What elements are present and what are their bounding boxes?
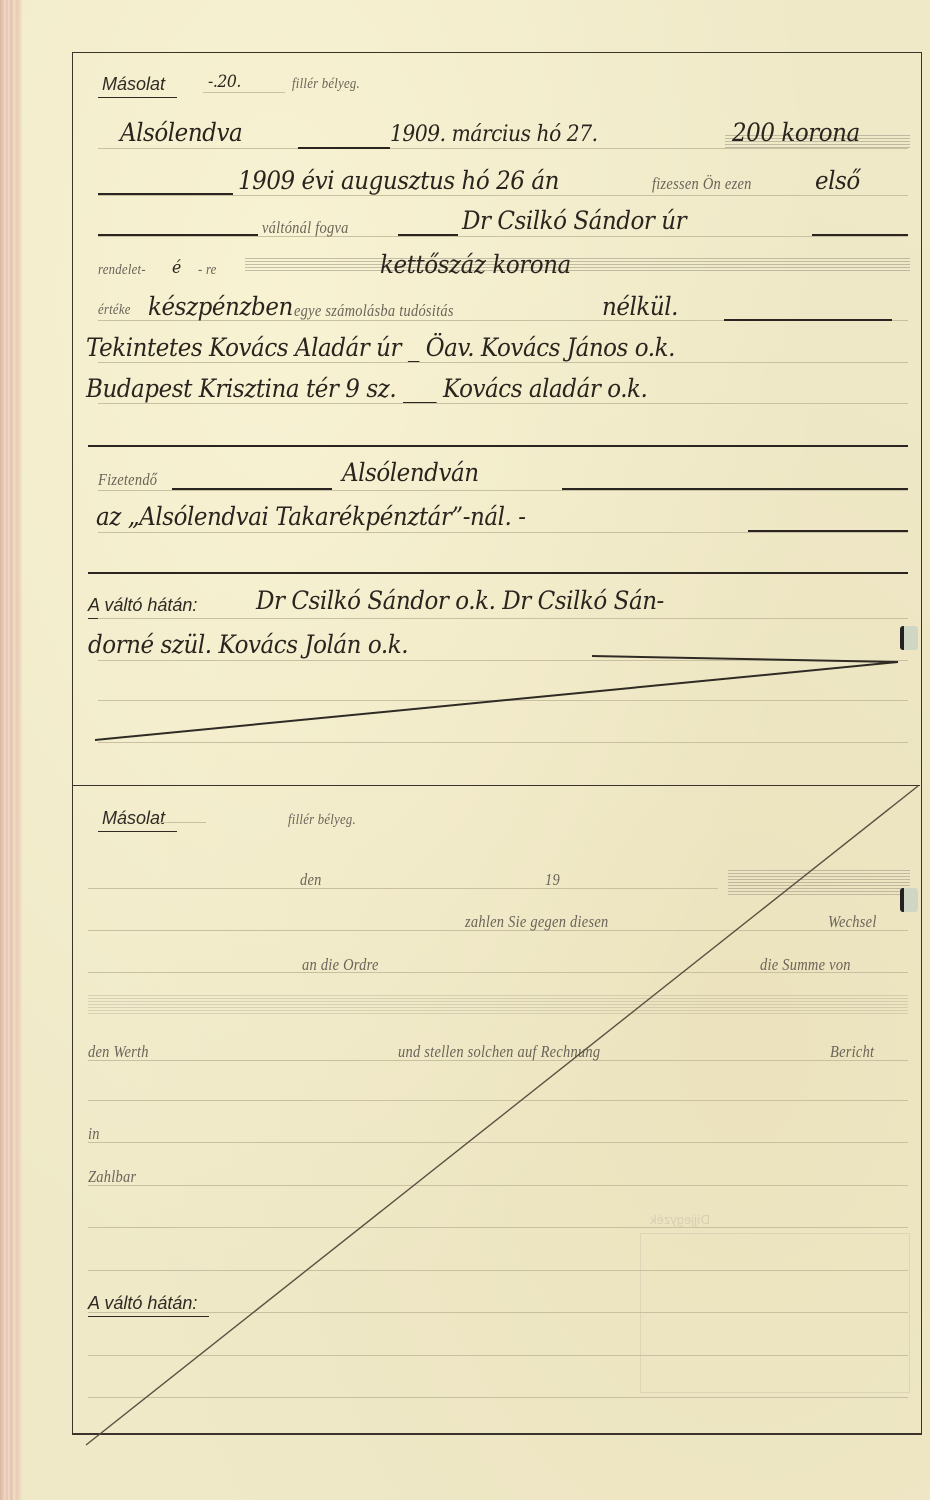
page-tab-marker-lower	[900, 888, 918, 912]
page-tab-marker-upper	[900, 626, 918, 650]
upper-z-cancel-stroke	[95, 656, 898, 740]
cancellation-strokes	[0, 0, 930, 1500]
lower-diagonal-cancel-stroke	[86, 786, 918, 1445]
